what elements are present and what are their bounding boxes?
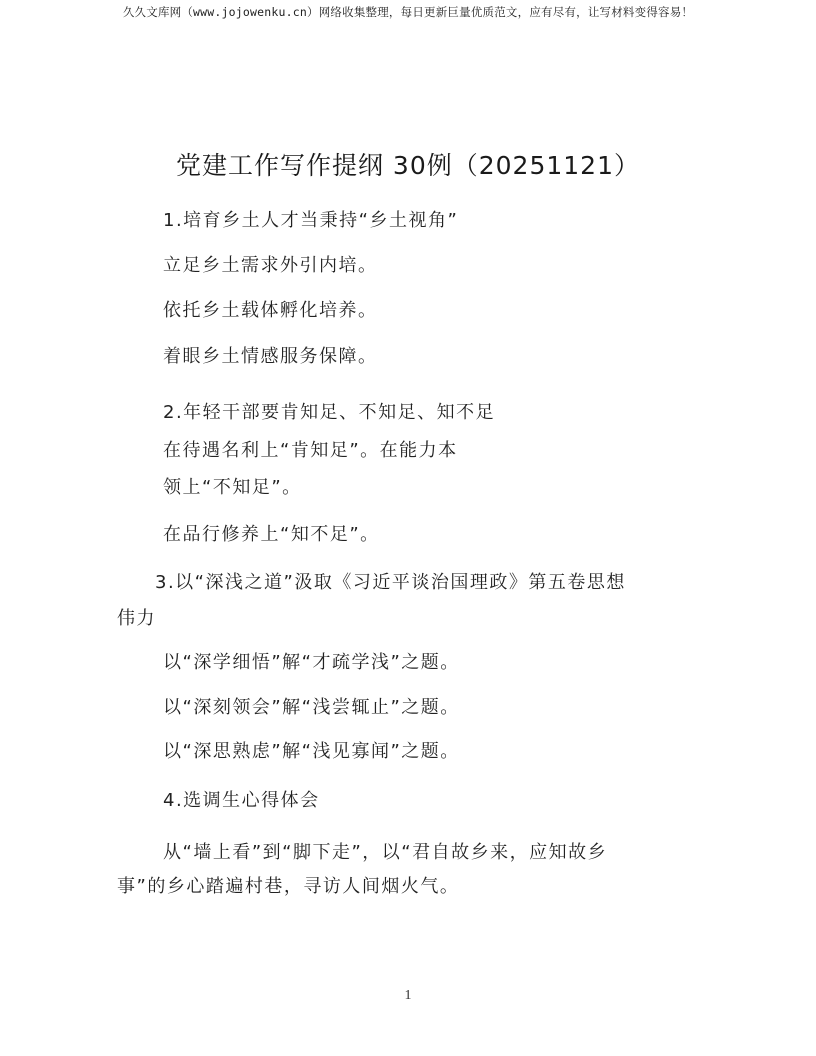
page-number: 1 bbox=[0, 988, 816, 1004]
section-4-paragraph-line-2: 事”的乡心踏遍村巷，寻访人间烟火气。 bbox=[117, 872, 459, 898]
section-2-line-1: 在待遇名利上“肯知足”。在能力本 bbox=[163, 436, 458, 462]
section-2-line-3: 在品行修养上“知不足”。 bbox=[163, 520, 380, 546]
section-4-heading: 4.选调生心得体会 bbox=[163, 786, 320, 812]
section-3-line-2: 以“深刻领会”解“浅尝辄止”之题。 bbox=[163, 693, 460, 719]
section-3-heading: 3.以“深浅之道”汲取《习近平谈治国理政》第五卷思想 bbox=[155, 568, 626, 594]
section-1-line-3: 着眼乡土情感服务保障。 bbox=[163, 342, 378, 368]
header-banner: 久久文库网（www.jojowenku.cn）网络收集整理，每日更新巨量优质范文… bbox=[0, 4, 816, 20]
section-1-heading: 1.培育乡土人才当秉持“乡土视角” bbox=[163, 206, 458, 232]
section-1-line-2: 依托乡土载体孵化培养。 bbox=[163, 296, 378, 322]
section-3-line-1: 以“深学细悟”解“才疏学浅”之题。 bbox=[163, 648, 460, 674]
section-4-paragraph-line-1: 从“墙上看”到“脚下走”，以“君自故乡来，应知故乡 bbox=[163, 838, 607, 864]
section-2-heading: 2.年轻干部要肯知足、不知足、知不足 bbox=[163, 398, 495, 424]
section-3-line-3: 以“深思熟虑”解“浅见寡闻”之题。 bbox=[163, 737, 460, 763]
section-2-line-2: 领上“不知足”。 bbox=[163, 473, 302, 499]
section-1-line-1: 立足乡土需求外引内培。 bbox=[163, 251, 378, 277]
section-3-heading-cont: 伟力 bbox=[117, 604, 156, 630]
document-title: 党建工作写作提纲 30例（20251121） bbox=[0, 146, 816, 182]
